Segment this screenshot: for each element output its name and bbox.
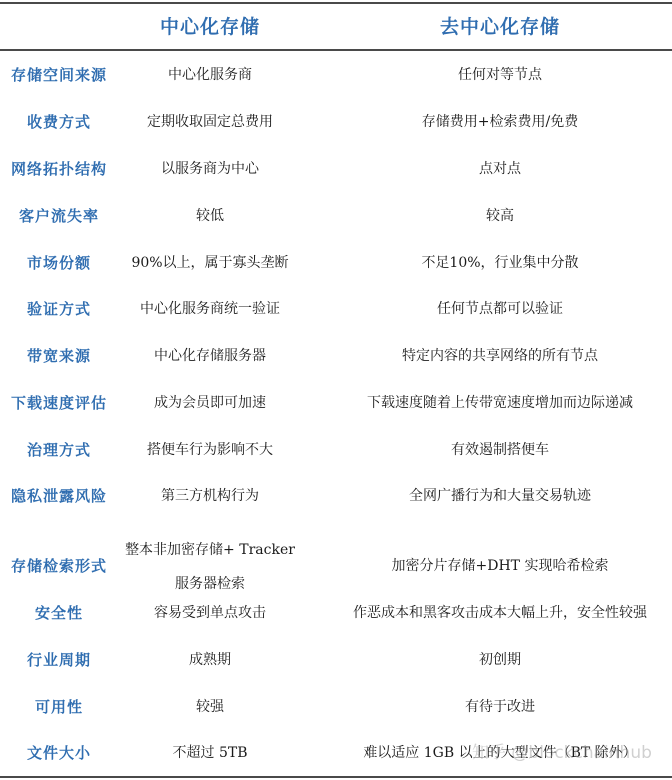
column-header-decentralized: 去中心化存储	[380, 12, 620, 42]
decentralized-value: 点对点	[330, 158, 670, 178]
centralized-value: 以服务商为中心	[110, 158, 310, 178]
decentralized-value: 存储费用+检索费用/免费	[330, 111, 670, 131]
row-label: 网络拓扑结构	[0, 158, 118, 179]
row-label: 安全性	[0, 602, 118, 623]
decentralized-value: 加密分片存储+DHT 实现哈希检索	[330, 555, 670, 575]
header-rule	[0, 49, 672, 51]
decentralized-value: 任何对等节点	[330, 64, 670, 84]
column-header-centralized: 中心化存储	[110, 12, 310, 42]
row-label: 存储空间来源	[0, 64, 118, 85]
row-label: 可用性	[0, 696, 118, 717]
decentralized-value: 有效遏制搭便车	[330, 439, 670, 459]
decentralized-value: 全网广播行为和大量交易轨迹	[330, 485, 670, 505]
decentralized-value: 下载速度随着上传带宽速度增加而边际递减	[330, 392, 670, 412]
row-label: 收费方式	[0, 111, 118, 132]
centralized-value-line1: 整本非加密存储+ Tracker	[110, 533, 310, 567]
centralized-value: 成熟期	[110, 649, 310, 669]
centralized-value: 中心化服务商	[110, 64, 310, 84]
centralized-value: 定期收取固定总费用	[110, 111, 310, 131]
row-label: 验证方式	[0, 298, 118, 319]
centralized-value: 搭便车行为影响不大	[110, 439, 310, 459]
centralized-value: 较低	[110, 205, 310, 225]
centralized-value: 成为会员即可加速	[110, 392, 310, 412]
decentralized-value: 初创期	[330, 649, 670, 669]
centralized-value: 不超过 5TB	[110, 742, 310, 762]
decentralized-value: 有待于改进	[330, 696, 670, 716]
decentralized-value: 作恶成本和黑客攻击成本大幅上升，安全性较强	[330, 602, 670, 622]
row-label: 存储检索形式	[0, 555, 118, 576]
centralized-value: 第三方机构行为	[110, 485, 310, 505]
centralized-value: 较强	[110, 696, 310, 716]
centralized-value: 中心化服务商统一验证	[110, 298, 310, 318]
decentralized-value: 特定内容的共享网络的所有节点	[330, 345, 670, 365]
row-label: 下载速度评估	[0, 392, 118, 413]
row-label: 文件大小	[0, 742, 118, 763]
centralized-value: 90%以上，属于寡头垄断	[110, 252, 310, 272]
decentralized-value: 任何节点都可以验证	[330, 298, 670, 318]
decentralized-value: 不足10%，行业集中分散	[330, 252, 670, 272]
centralized-value: 容易受到单点攻击	[110, 602, 310, 622]
centralized-value: 整本非加密存储+ Tracker服务器检索	[110, 533, 310, 601]
row-label: 隐私泄露风险	[0, 485, 118, 506]
table-bottom-rule	[0, 776, 672, 778]
decentralized-value: 较高	[330, 205, 670, 225]
centralized-value-line2: 服务器检索	[110, 567, 310, 601]
row-label: 带宽来源	[0, 345, 118, 366]
table-top-rule	[0, 2, 672, 4]
row-label: 客户流失率	[0, 205, 118, 226]
centralized-value: 中心化存储服务器	[110, 345, 310, 365]
row-label: 市场份额	[0, 252, 118, 273]
row-label: 治理方式	[0, 439, 118, 460]
decentralized-value: 难以适应 1GB 以上的大型文件（BT 除外）	[330, 742, 670, 762]
row-label: 行业周期	[0, 649, 118, 670]
